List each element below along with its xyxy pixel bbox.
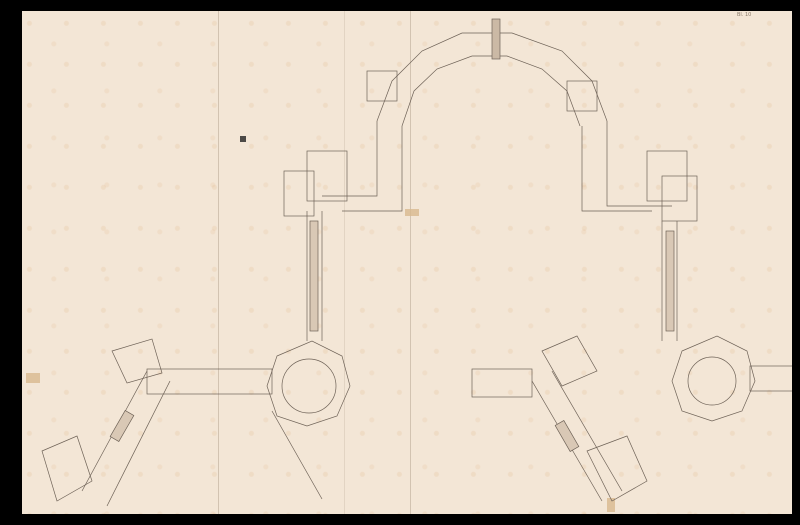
central-arch-wing bbox=[367, 19, 607, 126]
right-vertical-wing bbox=[582, 121, 697, 341]
left-vertical-wing bbox=[284, 121, 402, 341]
floor-plan-drawing bbox=[22, 11, 792, 514]
right-octagon-tower bbox=[672, 336, 792, 421]
lower-left-diagonal-wing bbox=[42, 339, 170, 506]
paper-sheet: Bl. 10 bbox=[22, 11, 792, 514]
lower-center-diagonal-wing bbox=[472, 336, 647, 501]
left-octagon-tower bbox=[147, 341, 350, 499]
